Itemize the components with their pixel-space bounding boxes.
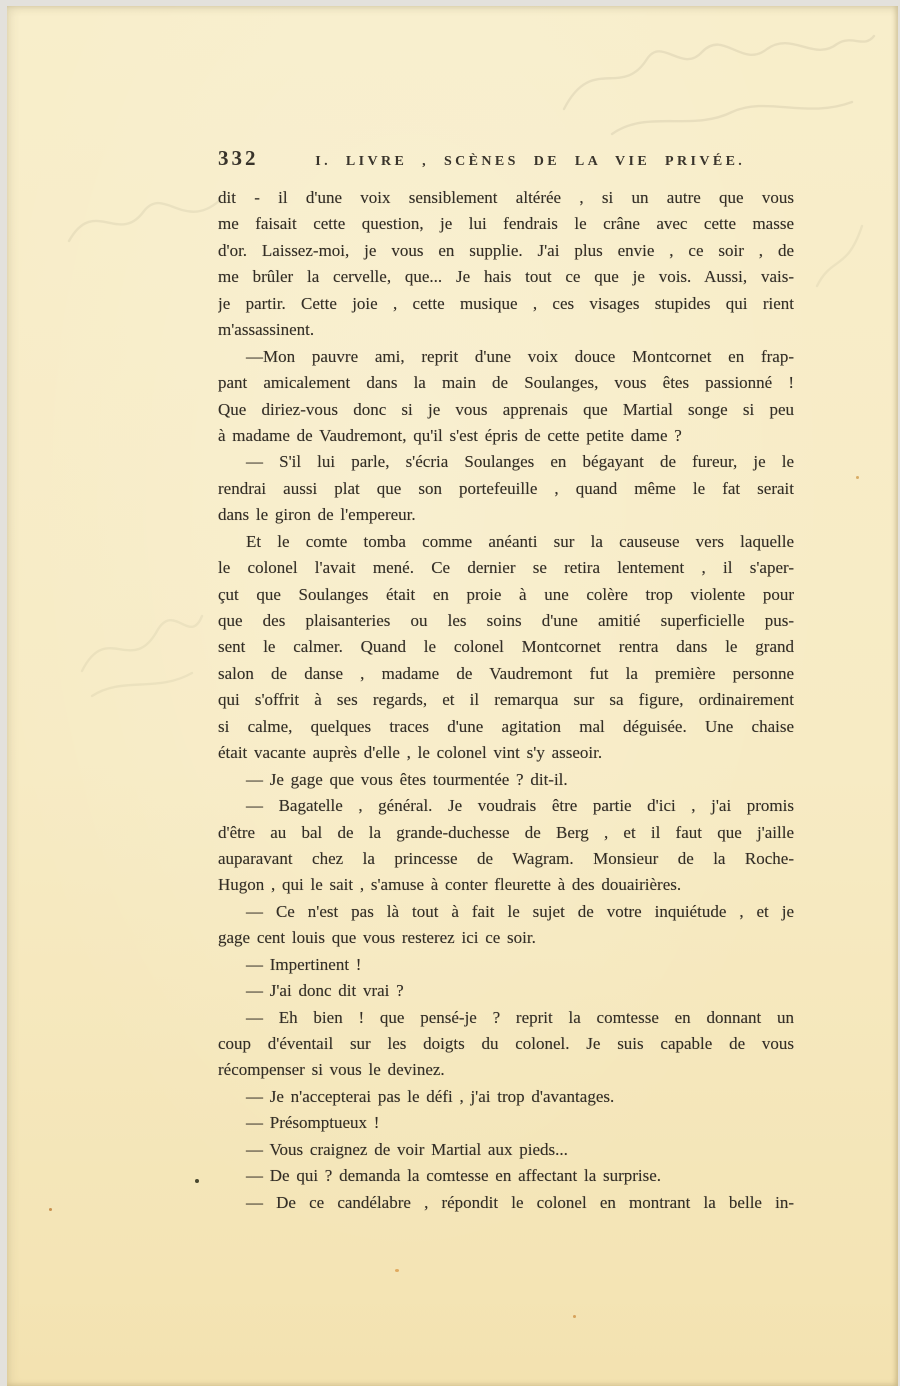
text-line: me faisait cette question, je lui fendra…: [218, 211, 794, 237]
text-line: que des plaisanteries ou les soins d'une…: [218, 608, 794, 634]
text-line: — Eh bien ! que pensé-je ? reprit la com…: [218, 1005, 794, 1031]
text-line: — S'il lui parle, s'écria Soulanges en b…: [218, 449, 794, 475]
text-line: si calme, quelques traces d'une agitatio…: [218, 714, 794, 740]
running-title: I. LIVRE , SCÈNES DE LA VIE PRIVÉE.: [259, 154, 795, 170]
text-line: — Présomptueux !: [218, 1110, 794, 1136]
ghost-handwriting-mark: [802, 201, 882, 301]
text-line: coup d'éventail sur les doigts du colone…: [218, 1031, 794, 1057]
text-line: — De ce candélabre , répondit le colonel…: [218, 1190, 794, 1216]
text-line: — Vous craignez de voir Martial aux pied…: [218, 1137, 794, 1163]
text-line: Et le comte tomba comme anéanti sur la c…: [218, 529, 794, 555]
text-line: salon de danse , madame de Vaudremont fu…: [218, 661, 794, 687]
text-line: çut que Soulanges était en proie à une c…: [218, 582, 794, 608]
text-line: — J'ai donc dit vrai ?: [218, 978, 794, 1004]
paper-speck: [856, 476, 859, 479]
text-line: Que diriez-vous donc si je vous apprenai…: [218, 397, 794, 423]
text-line: auparavant chez la princesse de Wagram. …: [218, 846, 794, 872]
text-line: Hugon , qui le sait , s'amuse à conter f…: [218, 872, 794, 898]
text-line: était vacante auprès d'elle , le colonel…: [218, 740, 794, 766]
paper-speck: [195, 1179, 199, 1183]
text-line: d'or. Laissez-moi, je vous en supplie. J…: [218, 238, 794, 264]
page-number: 332: [218, 146, 259, 171]
text-line: dans le giron de l'empereur.: [218, 502, 794, 528]
body-text: dit - il d'une voix sensiblement altérée…: [218, 185, 794, 1216]
text-line: à madame de Vaudremont, qu'il s'est épri…: [218, 423, 794, 449]
text-line: d'être au bal de la grande-duchesse de B…: [218, 820, 794, 846]
text-line: — Bagatelle , général. Je voudrais être …: [218, 793, 794, 819]
paper-speck: [573, 1315, 576, 1318]
text-line: qui s'offrit à ses regards, et il remarq…: [218, 687, 794, 713]
page-header: 332 I. LIVRE , SCÈNES DE LA VIE PRIVÉE.: [218, 146, 794, 171]
text-line: — Je gage que vous êtes tourmentée ? dit…: [218, 767, 794, 793]
text-line: récompenser si vous le devinez.: [218, 1057, 794, 1083]
text-line: je partir. Cette joie , cette musique , …: [218, 291, 794, 317]
ghost-handwriting-mark: [59, 176, 229, 266]
text-line: le colonel l'avait mené. Ce dernier se r…: [218, 555, 794, 581]
text-line: sent le calmer. Quand le colonel Montcor…: [218, 634, 794, 660]
text-line: rendrai aussi plat que son portefeuille …: [218, 476, 794, 502]
text-line: — Je n'accepterai pas le défi , j'ai tro…: [218, 1084, 794, 1110]
text-line: — De qui ? demanda la comtesse en affect…: [218, 1163, 794, 1189]
text-line: —Mon pauvre ami, reprit d'une voix douce…: [218, 344, 794, 370]
paper-speck: [49, 1208, 52, 1211]
text-line: — Ce n'est pas là tout à fait le sujet d…: [218, 899, 794, 925]
text-line: dit - il d'une voix sensiblement altérée…: [218, 185, 794, 211]
text-line: pant amicalement dans la main de Soulang…: [218, 370, 794, 396]
text-line: — Impertinent !: [218, 952, 794, 978]
paper-speck: [395, 1269, 399, 1272]
text-line: m'assassinent.: [218, 317, 794, 343]
book-page: 332 I. LIVRE , SCÈNES DE LA VIE PRIVÉE. …: [7, 6, 898, 1386]
ghost-handwriting-mark: [552, 14, 882, 149]
ghost-handwriting-mark: [62, 561, 212, 711]
text-line: me brûler la cervelle, que... Je hais to…: [218, 264, 794, 290]
text-line: gage cent louis que vous resterez ici ce…: [218, 925, 794, 951]
